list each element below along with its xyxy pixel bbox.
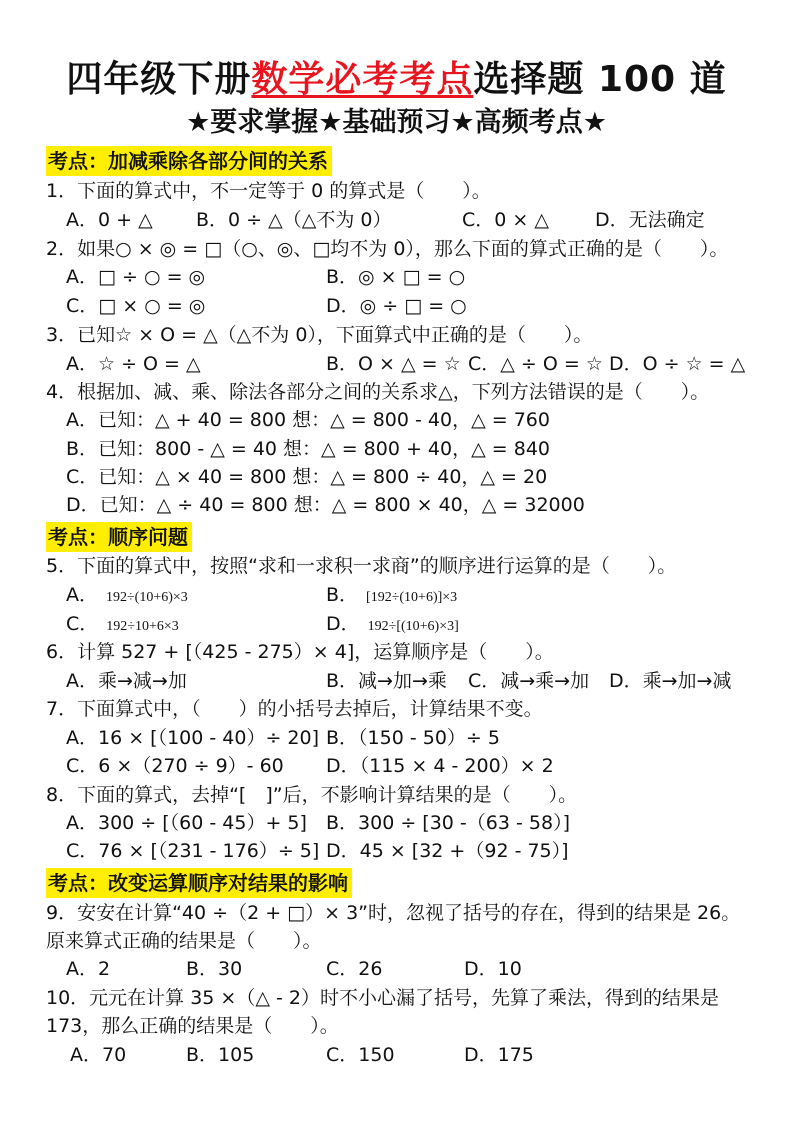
question-4: 4．根据加、减、乘、除法各部分之间的关系求△，下列方法错误的是（ ）。	[46, 378, 709, 406]
q3-option-d[interactable]: D．O ÷ ☆ = △	[609, 350, 745, 378]
option-letter: B．	[326, 584, 358, 606]
q10-option-d[interactable]: D．175	[464, 1041, 534, 1069]
q9-option-b[interactable]: B．30	[186, 955, 242, 983]
question-5: 5．下面的算式中，按照“求和一求积一求商”的顺序进行运算的是（ ）。	[46, 552, 676, 580]
question-6: 6．计算 527 + [（425 - 275）× 4]，运算顺序是（ ）。	[46, 638, 554, 666]
question-1: 1．下面的算式中，不一定等于 0 的算式是（ ）。	[46, 177, 491, 205]
page-subtitle: ★要求掌握★基础预习★高频考点★	[0, 105, 793, 141]
q5-option-d[interactable]: D．192÷[(10+6)×3]	[326, 610, 459, 641]
q4-option-c[interactable]: C．已知：△ × 40 = 800 想：△ = 800 ÷ 40，△ = 20	[66, 463, 547, 491]
q2-option-c[interactable]: C．□ × ○ = ◎	[66, 292, 205, 320]
title-suffix: 选择题 100 道	[473, 59, 726, 100]
formula: 192÷(10+6)×3	[106, 590, 188, 605]
title-prefix: 四年级下册	[66, 59, 251, 100]
q3-option-b[interactable]: B．O × △ = ☆	[326, 350, 461, 378]
section-heading: 考点：加减乘除各部分间的关系	[46, 146, 332, 176]
q6-option-d[interactable]: D．乘→加→减	[609, 667, 731, 695]
question-8: 8．下面的算式，去掉“[ ]”后，不影响计算结果的是（ ）。	[46, 781, 577, 809]
q8-option-a[interactable]: A．300 ÷ [（60 - 45）+ 5]	[66, 809, 307, 837]
q5-option-c[interactable]: C．192÷10+6×3	[66, 610, 179, 641]
q6-option-b[interactable]: B．减→加→乘	[326, 667, 447, 695]
worksheet-page: 四年级下册数学必考考点选择题 100 道 ★要求掌握★基础预习★高频考点★ 考点…	[0, 0, 793, 1122]
q4-option-a[interactable]: A．已知：△ + 40 = 800 想：△ = 800 - 40，△ = 760	[66, 406, 550, 434]
section-heading: 考点：改变运算顺序对结果的影响	[46, 868, 352, 898]
q7-option-a[interactable]: A．16 × [（100 - 40）÷ 20]	[66, 724, 319, 752]
q1-option-c[interactable]: C．0 × △	[462, 206, 549, 234]
q10-option-b[interactable]: B．105	[186, 1041, 254, 1069]
question-3: 3．已知☆ × O = △（△不为 0），下面算式中正确的是（ ）。	[46, 321, 592, 349]
q3-option-c[interactable]: C．△ ÷ O = ☆	[468, 350, 603, 378]
title-highlight: 数学必考考点	[251, 59, 473, 100]
q1-option-b[interactable]: B．0 ÷ △（△不为 0）	[196, 206, 391, 234]
q1-option-a[interactable]: A．0 + △	[66, 206, 153, 234]
q7-option-d[interactable]: D．（115 × 4 - 200）× 2	[326, 752, 554, 780]
q8-option-c[interactable]: C．76 × [（231 - 176）÷ 5]	[66, 837, 319, 865]
option-letter: A．	[66, 584, 98, 606]
q6-option-c[interactable]: C．减→乘→加	[468, 667, 589, 695]
q2-option-b[interactable]: B．◎ × □ = ○	[326, 263, 465, 291]
q7-option-b[interactable]: B．（150 - 50）÷ 5	[326, 724, 500, 752]
q2-option-a[interactable]: A．□ ÷ ○ = ◎	[66, 263, 205, 291]
option-letter: C．	[66, 613, 98, 635]
section-heading: 考点：顺序问题	[46, 522, 192, 552]
question-9: 9．安安在计算“40 ÷（2 + □）× 3”时，忽视了括号的存在，得到的结果是…	[46, 899, 740, 927]
formula: 192÷[(10+6)×3]	[368, 619, 459, 634]
q9-option-c[interactable]: C．26	[326, 955, 382, 983]
q7-option-c[interactable]: C．6 ×（270 ÷ 9）- 60	[66, 752, 284, 780]
q6-option-a[interactable]: A．乘→减→加	[66, 667, 187, 695]
question-10-cont: 173，那么正确的结果是（ ）。	[46, 1012, 339, 1040]
q9-option-a[interactable]: A．2	[66, 955, 110, 983]
question-7: 7．下面算式中，（ ）的小括号去掉后，计算结果不变。	[46, 695, 543, 723]
q5-option-a[interactable]: A．192÷(10+6)×3	[66, 581, 188, 612]
q9-option-d[interactable]: D．10	[464, 955, 522, 983]
q4-option-d[interactable]: D．已知：△ ÷ 40 = 800 想：△ = 800 × 40，△ = 320…	[66, 491, 585, 519]
q5-option-b[interactable]: B．[192÷(10+6)]×3	[326, 581, 457, 612]
page-title: 四年级下册数学必考考点选择题 100 道	[0, 58, 793, 102]
q8-option-b[interactable]: B．300 ÷ [30 -（63 - 58）]	[326, 809, 570, 837]
q2-option-d[interactable]: D．◎ ÷ □ = ○	[326, 292, 467, 320]
question-9-cont: 原来算式正确的结果是（ ）。	[46, 927, 322, 955]
question-2: 2．如果○ × ◎ = □（○、◎、□均不为 0），那么下面的算式正确的是（ ）…	[46, 235, 728, 263]
formula: 192÷10+6×3	[106, 619, 178, 634]
option-letter: D．	[326, 613, 360, 635]
q4-option-b[interactable]: B．已知：800 - △ = 40 想：△ = 800 + 40，△ = 840	[66, 435, 550, 463]
q1-option-d[interactable]: D．无法确定	[595, 206, 705, 234]
formula: [192÷(10+6)]×3	[366, 590, 457, 605]
q8-option-d[interactable]: D．45 × [32 +（92 - 75）]	[326, 837, 569, 865]
q10-option-a[interactable]: A．70	[70, 1041, 126, 1069]
question-10: 10．元元在计算 35 ×（△ - 2）时不小心漏了括号，先算了乘法，得到的结果…	[46, 984, 719, 1012]
q10-option-c[interactable]: C．150	[326, 1041, 395, 1069]
q3-option-a[interactable]: A．☆ ÷ O = △	[66, 350, 201, 378]
